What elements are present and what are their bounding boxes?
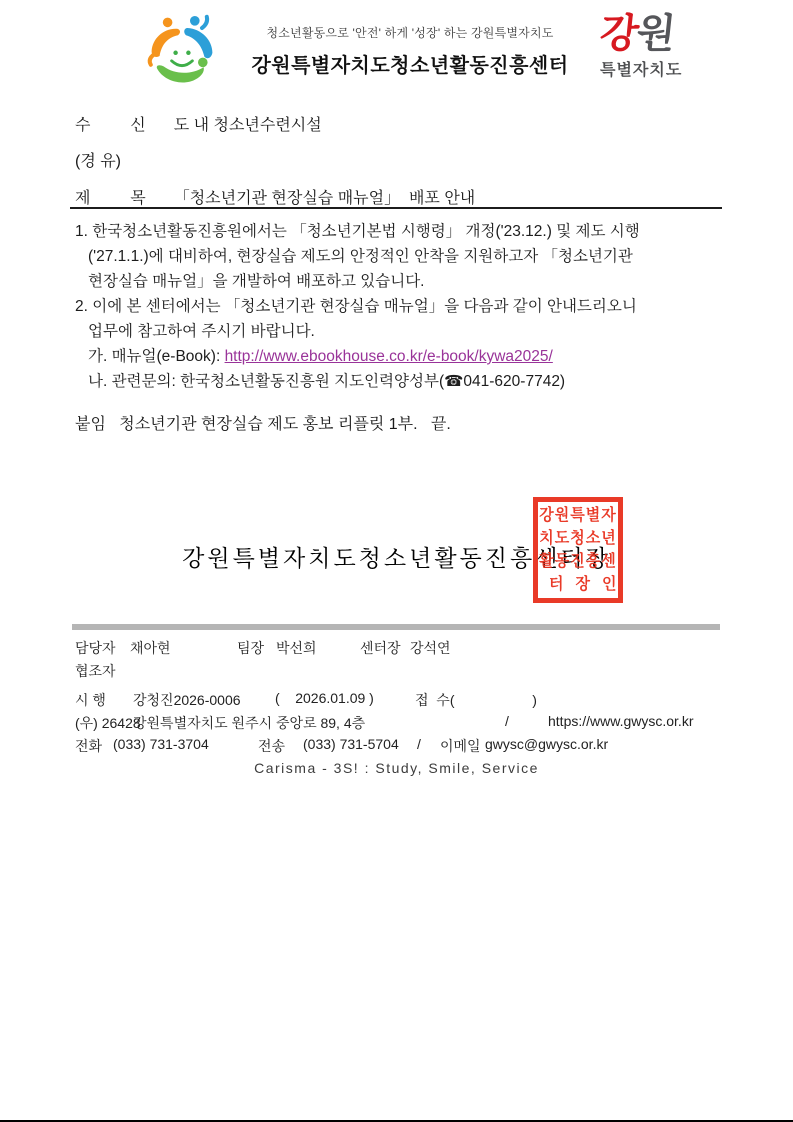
recipient-label: 수 신 xyxy=(75,117,146,134)
seal-row: 터장인 xyxy=(539,573,617,596)
staff-label: 담당자 xyxy=(75,638,116,658)
footer-slash: / xyxy=(505,713,509,729)
gangwon-province-logo: 강원 특별자치도 xyxy=(600,14,710,80)
signatory-title: 강원특별자치도청소년활동진흥센터장 xyxy=(0,540,793,573)
fax-label: 전송 xyxy=(258,736,285,756)
paragraph-2-line-2: 업무에 참고하여 주시기 바랍니다. xyxy=(75,319,740,344)
receipt-field: 접 수( ) xyxy=(415,690,537,710)
ebook-link[interactable]: http://www.ebookhouse.co.kr/e-book/kywa2… xyxy=(225,348,553,365)
paragraph-1-line-2: ('27.1.1.)에 대비하여, 현장실습 제도의 안정적인 안착을 지원하고… xyxy=(75,244,740,269)
official-seal-stamp: 강원특별자 치도청소년 활동진흥센 터장인 xyxy=(533,497,623,603)
paragraph-1-line-1: 1. 한국청소년활동진흥원에서는 「청소년기본법 시행령」 개정('23.12.… xyxy=(75,219,740,244)
subject-value: 「청소년기관 현장실습 매뉴얼」 배포 안내 xyxy=(174,190,476,207)
letterhead: 청소년활동으로 '안전' 하게 '성장' 하는 강원특별자치도 강원특별자치도청… xyxy=(230,24,590,78)
official-document-page: 청소년활동으로 '안전' 하게 '성장' 하는 강원특별자치도 강원특별자치도청… xyxy=(0,0,793,1122)
subject-line: 제 목「청소년기관 현장실습 매뉴얼」 배포 안내 xyxy=(75,185,475,208)
staff-name: 채아현 xyxy=(130,638,171,658)
youth-center-smiley-logo-icon xyxy=(142,12,222,92)
email-label: 이메일 xyxy=(440,736,481,756)
issue-date: ( 2026.01.09 ) xyxy=(275,690,374,706)
fax-number: (033) 731-5704 xyxy=(303,736,399,752)
issue-label: 시 행 xyxy=(75,690,106,710)
subject-label: 제 목 xyxy=(75,190,146,207)
team-leader-name: 박선희 xyxy=(276,638,317,658)
gangwon-logo-wordmark: 강원 xyxy=(598,14,675,54)
website-url: https://www.gwysc.or.kr xyxy=(548,713,693,729)
document-number: 강청진2026-0006 xyxy=(133,690,241,710)
seal-row: 치도청소년 xyxy=(539,527,617,550)
via-line: (경 유) xyxy=(75,148,121,171)
email-address: gwysc@gwysc.or.kr xyxy=(485,736,608,752)
footer-divider-bar xyxy=(72,624,720,630)
postal-code: (우) 26428 xyxy=(75,713,141,733)
document-body: 1. 한국청소년활동진흥원에서는 「청소년기본법 시행령」 개정('23.12.… xyxy=(75,219,740,394)
contact-inquiry-line: 나. 관련문의: 한국청소년활동진흥원 지도인력양성부(☎041-620-774… xyxy=(75,369,740,394)
attachment-line: 붙임 청소년기관 현장실습 제도 홍보 리플릿 1부. 끝. xyxy=(75,411,451,434)
gangwon-logo-char-red: 강 xyxy=(598,12,639,56)
director-name: 강석연 xyxy=(410,638,451,658)
address: 강원특별자치도 원주시 중앙로 89, 4층 xyxy=(133,713,365,733)
gangwon-logo-subtext: 특별자치도 xyxy=(600,57,710,80)
footer-slogan: Carisma - 3S! : Study, Smile, Service xyxy=(0,760,793,776)
recipient-line: 수 신도 내 청소년수련시설 xyxy=(75,112,322,135)
gangwon-logo-char-gray: 원 xyxy=(634,12,675,56)
cooperator-label: 협조자 xyxy=(75,661,116,681)
phone-label: 전화 xyxy=(75,736,102,756)
ebook-line: 가. 매뉴얼(e-Book): http://www.ebookhouse.co… xyxy=(75,344,740,369)
seal-row: 활동진흥센 xyxy=(539,550,617,573)
director-label: 센터장 xyxy=(360,638,401,658)
header-divider-rule xyxy=(70,207,722,209)
letterhead-slogan: 청소년활동으로 '안전' 하게 '성장' 하는 강원특별자치도 xyxy=(230,24,590,41)
via-label: (경 유) xyxy=(75,153,121,170)
paragraph-2-line-1: 2. 이에 본 센터에서는 「청소년기관 현장실습 매뉴얼」을 다음과 같이 안… xyxy=(75,294,740,319)
phone-number: (033) 731-3704 xyxy=(113,736,209,752)
paragraph-1-line-3: 현장실습 매뉴얼」을 개발하여 배포하고 있습니다. xyxy=(75,269,740,294)
ebook-label: 가. 매뉴얼(e-Book): xyxy=(88,348,225,365)
team-leader-label: 팀장 xyxy=(237,638,264,658)
footer-slash: / xyxy=(417,736,421,752)
recipient-value: 도 내 청소년수련시설 xyxy=(174,117,322,134)
seal-row: 강원특별자 xyxy=(539,504,617,527)
letterhead-org-name: 강원특별자치도청소년활동진흥센터 xyxy=(230,49,590,78)
